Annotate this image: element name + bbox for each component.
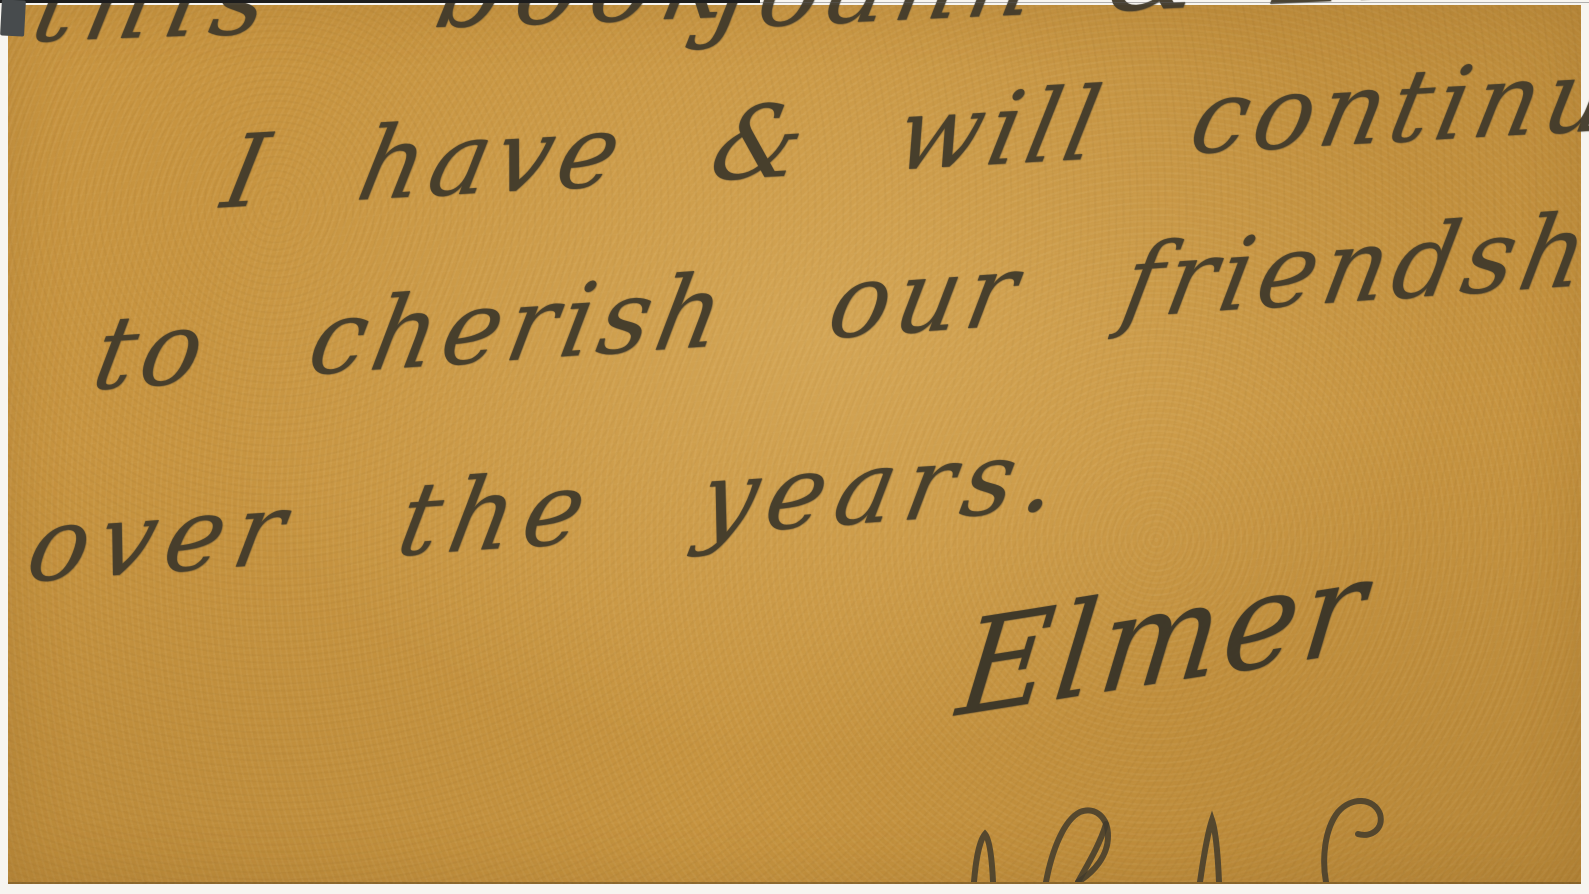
note-line-this-book: this book [25,0,753,57]
scan-top-edge-line [0,0,760,3]
note-line-years: over the years. [20,424,1076,598]
note-line-names: Joann & Ernie [703,0,1589,46]
scan-top-edge-line-faint [760,2,1589,3]
scan-corner-artifact [0,0,26,37]
cut-off-bottom-line-strokes [8,772,1589,882]
note-paper: this book Joann & Ernie I have & will co… [8,5,1581,884]
note-line-continue: I have & will continue [215,41,1589,224]
scanned-handwritten-note: this book Joann & Ernie I have & will co… [0,0,1589,894]
signature-elmer: Elmer [952,540,1376,737]
